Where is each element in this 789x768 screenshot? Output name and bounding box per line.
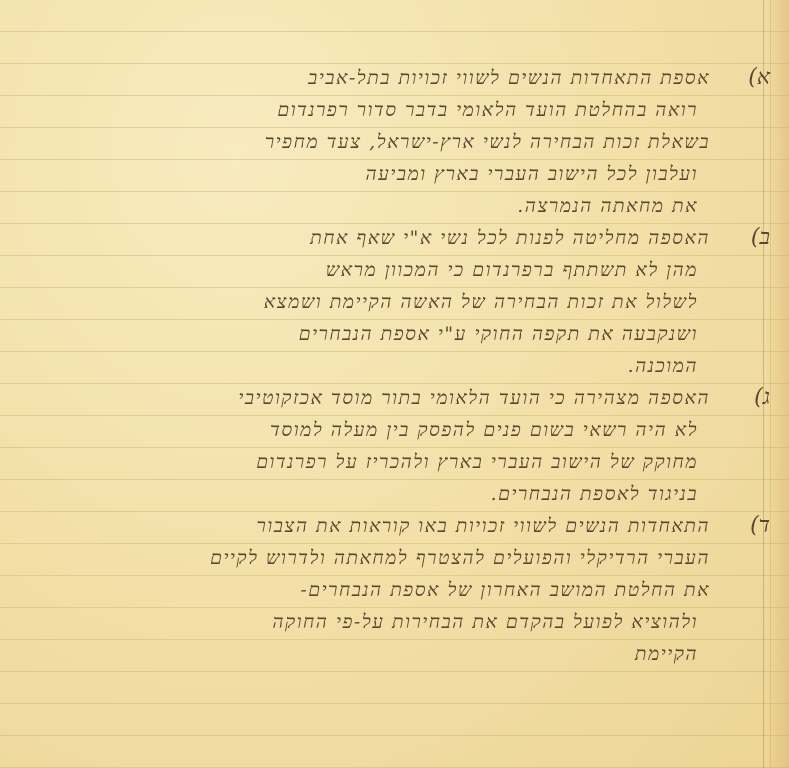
section-marker: ג) <box>754 382 770 414</box>
text-line: האספה מצהירה כי הועד הלאומי בתור מוסד אכ… <box>40 382 710 414</box>
text-line: את החלטת המושב האחרון של אספת הנבחרים- <box>40 574 710 606</box>
text-line: בניגוד לאספת הנבחרים. <box>40 478 710 510</box>
section-dalet: ד) התאחדות הנשים לשווי זכויות באו קוראות… <box>40 510 740 670</box>
text-line: ושנקבעה את תקפה החוקי ע"י אספת הנבחרים <box>40 318 710 350</box>
document-page: א) אספת התאחדות הנשים לשווי זכויות בתל-א… <box>0 0 789 768</box>
text-line: הקיימת <box>40 638 710 670</box>
handwritten-text: א) אספת התאחדות הנשים לשווי זכויות בתל-א… <box>40 62 740 670</box>
section-bet: ב) האספה מחליטה לפנות לכל נשי א"י שאף אח… <box>40 222 740 382</box>
text-line: לשלול את זכות הבחירה של האשה הקיימת ושמצ… <box>40 286 710 318</box>
section-gimel: ג) האספה מצהירה כי הועד הלאומי בתור מוסד… <box>40 382 740 510</box>
section-marker: א) <box>748 62 770 94</box>
text-line: מחוקק של הישוב העברי בארץ ולהכריז על רפר… <box>40 446 710 478</box>
text-line: אספת התאחדות הנשים לשווי זכויות בתל-אביב <box>40 62 710 94</box>
section-aleph: א) אספת התאחדות הנשים לשווי זכויות בתל-א… <box>40 62 740 222</box>
paper-edge-shadow <box>767 0 789 768</box>
text-line: את מחאתה הנמרצה. <box>40 190 710 222</box>
text-line: מהן לא תשתתף ברפרנדום כי המכוון מראש <box>40 254 710 286</box>
text-line: האספה מחליטה לפנות לכל נשי א"י שאף אחת <box>40 222 710 254</box>
section-marker: ב) <box>751 222 770 254</box>
section-marker: ד) <box>750 510 770 542</box>
text-line: ולהוציא לפועל בהקדם את הבחירות על-פי החו… <box>40 606 710 638</box>
text-line: התאחדות הנשים לשווי זכויות באו קוראות את… <box>40 510 710 542</box>
text-line: בשאלת זכות הבחירה לנשי ארץ-ישראל, צעד מח… <box>40 126 710 158</box>
text-line: העברי הרדיקלי והפועלים להצטרף למחאתה ולד… <box>40 542 710 574</box>
text-line: המוכנה. <box>40 350 710 382</box>
text-line: ועלבון לכל הישוב העברי בארץ ומביעה <box>40 158 710 190</box>
text-line: לא היה רשאי בשום פנים להפסק בין מעלה למו… <box>40 414 710 446</box>
text-line: רואה בהחלטת הועד הלאומי בדבר סדור רפרנדו… <box>40 94 710 126</box>
